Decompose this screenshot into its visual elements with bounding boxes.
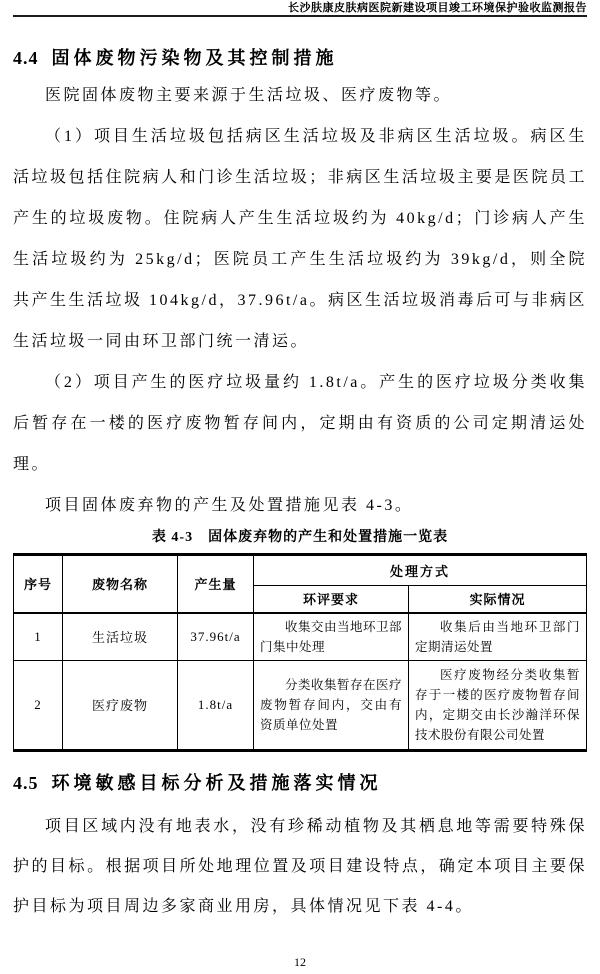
page-header: 长沙肤康皮肤病医院新建设项目竣工环境保护验收监测报告: [13, 0, 587, 17]
section-44-heading: 4.4固体废物污染物及其控制措施: [13, 47, 587, 69]
cell-eia-requirement: 收集交由当地环卫部门集中处理: [254, 613, 409, 661]
table-row-medical-waste: 2 医疗废物 1.8t/a 分类收集暂存在医疗废物暂存间内，交由有资质单位处置 …: [14, 660, 587, 750]
document-page: 长沙肤康皮肤病医院新建设项目竣工环境保护验收监测报告 4.4固体废物污染物及其控…: [0, 0, 600, 974]
column-header-eia: 环评要求: [254, 586, 409, 613]
cell-actual-situation: 医疗废物经分类收集暂存于一楼的医疗废物暂存间内，定期交由长沙瀚洋环保技术股份有限…: [409, 660, 587, 750]
paragraph-table-reference: 项目固体废弃物的产生及处置措施见表 4-3。: [13, 485, 587, 526]
section-44-title: 固体废物污染物及其控制措施: [52, 48, 338, 68]
section-44-number: 4.4: [13, 47, 39, 69]
cell-index: 2: [14, 660, 63, 750]
section-45-number: 4.5: [13, 772, 39, 794]
column-header-amount: 产生量: [178, 555, 254, 613]
cell-amount: 37.96t/a: [178, 613, 254, 661]
paragraph-solid-waste-sources: 医院固体废物主要来源于生活垃圾、医疗废物等。: [13, 75, 587, 116]
paragraph-domestic-waste: （1）项目生活垃圾包括病区生活垃圾及非病区生活垃圾。病区生活垃圾包括住院病人和门…: [13, 116, 587, 362]
column-header-actual: 实际情况: [409, 586, 587, 613]
column-header-index: 序号: [14, 555, 63, 613]
cell-eia-requirement: 分类收集暂存在医疗废物暂存间内，交由有资质单位处置: [254, 660, 409, 750]
section-45-heading: 4.5环境敏感目标分析及措施落实情况: [13, 772, 587, 794]
table-header-row-1: 序号 废物名称 产生量 处理方式: [14, 555, 587, 586]
cell-waste-name: 医疗废物: [63, 660, 178, 750]
column-header-name: 废物名称: [63, 555, 178, 613]
section-45-title: 环境敏感目标分析及措施落实情况: [52, 773, 382, 793]
paragraph-sensitive-targets: 项目区域内没有地表水，没有珍稀动植物及其栖息地等需要特殊保护的目标。根据项目所处…: [13, 807, 587, 927]
paragraph-medical-waste: （2）项目产生的医疗垃圾量约 1.8t/a。产生的医疗垃圾分类收集后暂存在一楼的…: [13, 362, 587, 485]
column-header-disposal: 处理方式: [254, 555, 587, 586]
page-header-title: 长沙肤康皮肤病医院新建设项目竣工环境保护验收监测报告: [13, 2, 587, 15]
page-number: 12: [0, 956, 600, 969]
table-row-domestic-waste: 1 生活垃圾 37.96t/a 收集交由当地环卫部门集中处理 收集后由当地环卫部…: [14, 613, 587, 661]
cell-amount: 1.8t/a: [178, 660, 254, 750]
cell-waste-name: 生活垃圾: [63, 613, 178, 661]
solid-waste-table: 序号 废物名称 产生量 处理方式 环评要求 实际情况 1 生活垃圾 37.96t…: [13, 553, 587, 752]
table-caption: 表 4-3 固体废弃物的产生和处置措施一览表: [13, 529, 587, 547]
cell-actual-situation: 收集后由当地环卫部门定期清运处置: [409, 613, 587, 661]
cell-index: 1: [14, 613, 63, 661]
